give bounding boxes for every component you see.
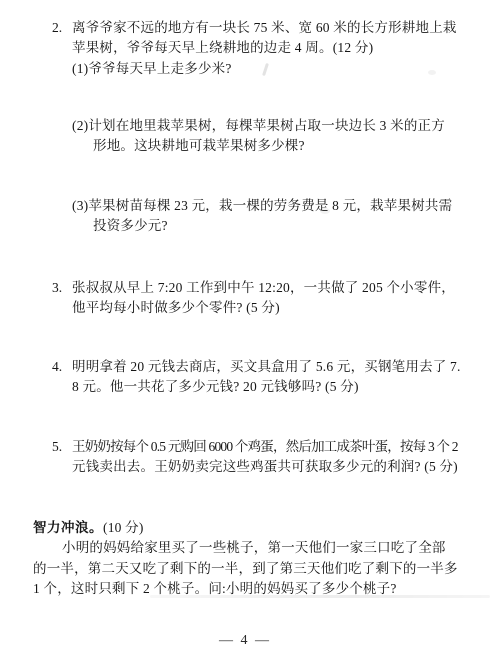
bonus-section: 智力冲浪。(10 分) 小明的妈妈给家里买了一些桃子，第一天他们一家三口吃了全部… — [33, 518, 472, 600]
question-4-line: 明明拿着 20 元钱去商店，买文具盒用了 5.6 元，买钢笔用去了 7. — [72, 357, 472, 377]
part-1-text: 爷爷每天早上走多少米? — [88, 61, 231, 76]
part-3-marker: (3) — [72, 198, 88, 213]
bonus-score: (10 分) — [103, 520, 144, 535]
scan-noise-dot — [320, 208, 330, 214]
question-5-number: 5. — [52, 437, 62, 457]
question-3-line: 他平均每小时做多少个零件? (5 分) — [72, 298, 472, 318]
question-4-line: 8 元。他一共花了多少元钱? 20 元钱够吗? (5 分) — [72, 377, 472, 397]
question-3: 3. 张叔叔从早上 7:20 工作到中午 12:20，一共做了 205 个小零件… — [52, 278, 472, 319]
bonus-line: 小明的妈妈给家里买了一些桃子，第一天他们一家三口吃了全部 — [33, 538, 472, 558]
part-2-marker: (2) — [72, 118, 88, 133]
question-2: 2. 离爷爷家不远的地方有一块长 75 米、宽 60 米的长方形耕地上栽 苹果树… — [52, 18, 472, 59]
question-2-number: 2. — [52, 18, 62, 38]
question-4-number: 4. — [52, 357, 62, 377]
scan-noise-dot — [428, 70, 436, 75]
bonus-line: 的一半，第二天又吃了剩下的一半，到了第三天他们吃了剩下的一半多 — [33, 559, 472, 579]
question-2-part-1: (1)爷爷每天早上走多少米? — [72, 59, 472, 79]
worksheet-page: 2. 离爷爷家不远的地方有一块长 75 米、宽 60 米的长方形耕地上栽 苹果树… — [0, 0, 490, 649]
part-3-text: 投资多少元? — [72, 216, 472, 236]
bonus-title: 智力冲浪。 — [33, 520, 103, 535]
question-2-part-3: (3)苹果树苗每棵 23 元，栽一棵的劳务费是 8 元，栽苹果树共需 投资多少元… — [72, 196, 472, 237]
question-2-line: 苹果树，爷爷每天早上绕耕地的边走 4 周。(12 分) — [72, 38, 472, 58]
question-2-line: 离爷爷家不远的地方有一块长 75 米、宽 60 米的长方形耕地上栽 — [72, 18, 472, 38]
part-2-text: 计划在地里栽苹果树，每棵苹果树占取一块边长 3 米的正方 — [88, 118, 445, 133]
bonus-heading: 智力冲浪。(10 分) — [33, 518, 472, 538]
question-3-number: 3. — [52, 278, 62, 298]
part-1-marker: (1) — [72, 61, 88, 76]
question-3-line: 张叔叔从早上 7:20 工作到中午 12:20，一共做了 205 个小零件， — [72, 278, 472, 298]
question-4: 4. 明明拿着 20 元钱去商店，买文具盒用了 5.6 元，买钢笔用去了 7. … — [52, 357, 472, 398]
question-5: 5. 王奶奶按每个 0.5 元购回 6000 个鸡蛋，然后加工成茶叶蛋，按每 3… — [52, 437, 472, 478]
part-3-text: 苹果树苗每棵 23 元，栽一棵的劳务费是 8 元，栽苹果树共需 — [88, 198, 452, 213]
scan-noise-line — [150, 595, 490, 598]
question-5-line: 元钱卖出去。王奶奶卖完这些鸡蛋共可获取多少元的利润? (5 分) — [72, 457, 472, 477]
question-5-line: 王奶奶按每个 0.5 元购回 6000 个鸡蛋，然后加工成茶叶蛋，按每 3 个 … — [72, 437, 472, 457]
page-number-footer: — 4 — — [0, 633, 490, 649]
part-2-text: 形地。这块耕地可栽苹果树多少棵? — [72, 136, 472, 156]
question-2-part-2: (2)计划在地里栽苹果树，每棵苹果树占取一块边长 3 米的正方 形地。这块耕地可… — [72, 116, 472, 157]
